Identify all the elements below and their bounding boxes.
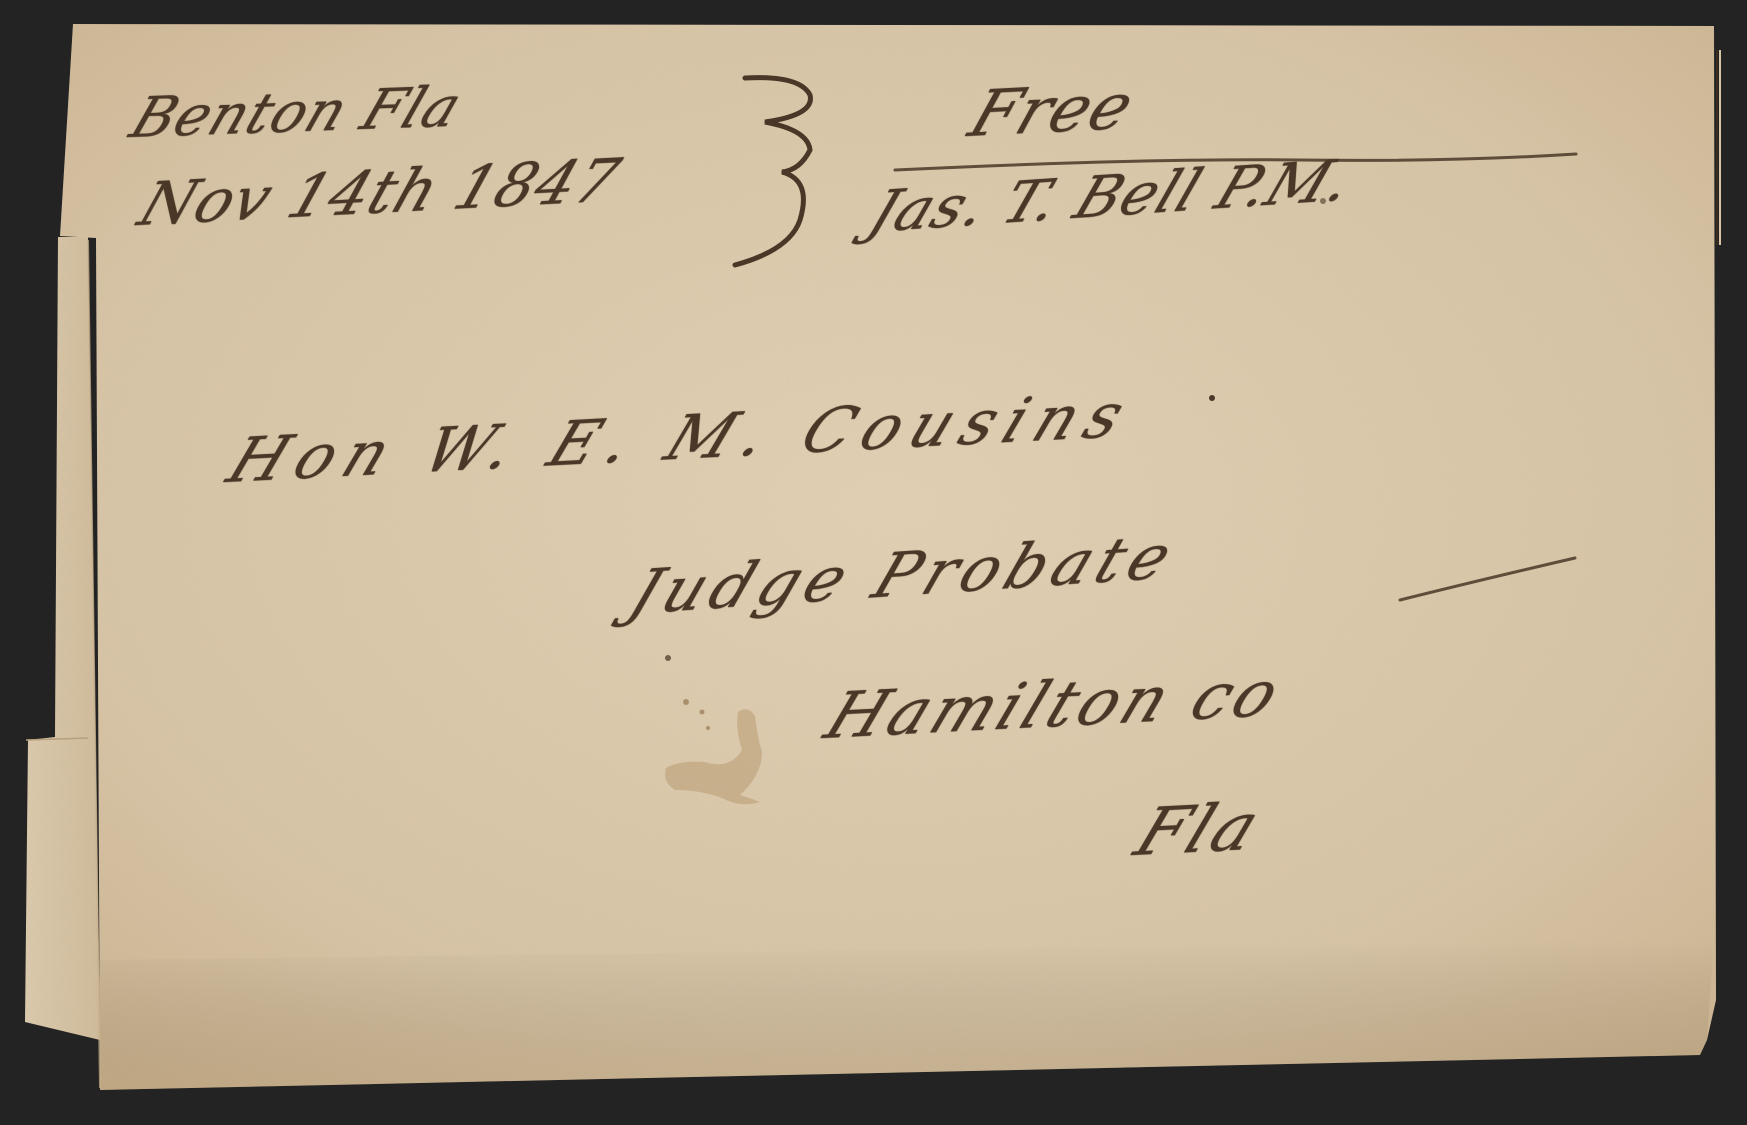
ink-speck <box>706 726 710 730</box>
ink-speck <box>683 699 689 705</box>
cover-scan: Benton Fla Nov 14th 1847 Free Jas. T. Be… <box>0 0 1747 1125</box>
ink-speck <box>700 710 705 715</box>
ink-speck <box>1209 395 1215 401</box>
ink-speck <box>665 655 671 661</box>
origin-town-text: Benton Fla <box>122 75 471 151</box>
free-frank-text: Free <box>960 70 1144 152</box>
